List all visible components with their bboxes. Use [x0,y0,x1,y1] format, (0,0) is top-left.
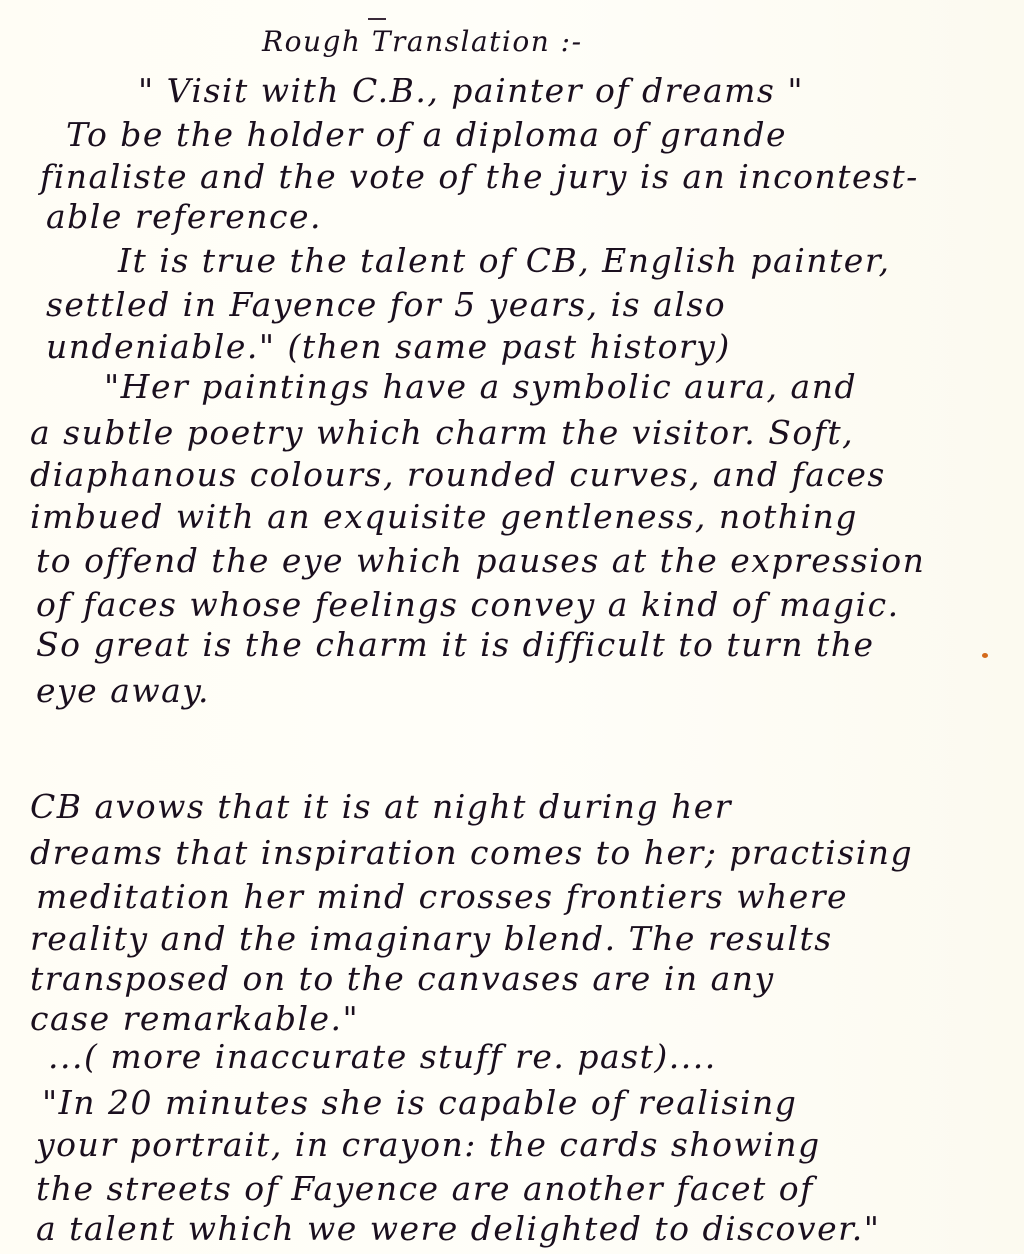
text-line: settled in Fayence for 5 years, is also [46,288,726,321]
text-line: a talent which we were delighted to disc… [36,1212,880,1245]
text-line: case remarkable." [30,1002,359,1035]
text-line: diaphanous colours, rounded curves, and … [30,458,886,491]
text-line: of faces whose feelings convey a kind of… [36,588,900,621]
ink-stain [982,653,988,658]
text-line: reality and the imaginary blend. The res… [30,922,833,955]
text-line: It is true the talent of CB, English pai… [118,244,890,277]
text-line: imbued with an exquisite gentleness, not… [30,500,858,533]
text-line: undeniable." (then same past history) [46,330,731,363]
text-line: to offend the eye which pauses at the ex… [36,544,925,577]
text-line: finaliste and the vote of the jury is an… [40,160,919,193]
text-line: transposed on to the canvases are in any [30,962,775,995]
text-line: "Her paintings have a symbolic aura, and [104,370,857,403]
ink-mark [368,18,386,20]
text-line: ...( more inaccurate stuff re. past).... [48,1040,717,1073]
text-line: CB avows that it is at night during her [30,790,732,823]
document-heading: Rough Translation :- [262,28,583,56]
article-title: " Visit with C.B., painter of dreams " [138,74,804,107]
text-line: "In 20 minutes she is capable of realisi… [42,1086,797,1119]
text-line: eye away. [36,674,210,707]
text-line: able reference. [46,200,322,233]
text-line: dreams that inspiration comes to her; pr… [30,836,913,869]
text-line: your portrait, in crayon: the cards show… [36,1128,821,1161]
text-line: the streets of Fayence are another facet… [36,1172,814,1205]
text-line: So great is the charm it is difficult to… [36,628,874,661]
text-line: a subtle poetry which charm the visitor.… [30,416,854,449]
text-line: To be the holder of a diploma of grande [66,118,787,151]
scanned-page: Rough Translation :- " Visit with C.B., … [0,0,1024,1254]
text-line: meditation her mind crosses frontiers wh… [36,880,848,913]
